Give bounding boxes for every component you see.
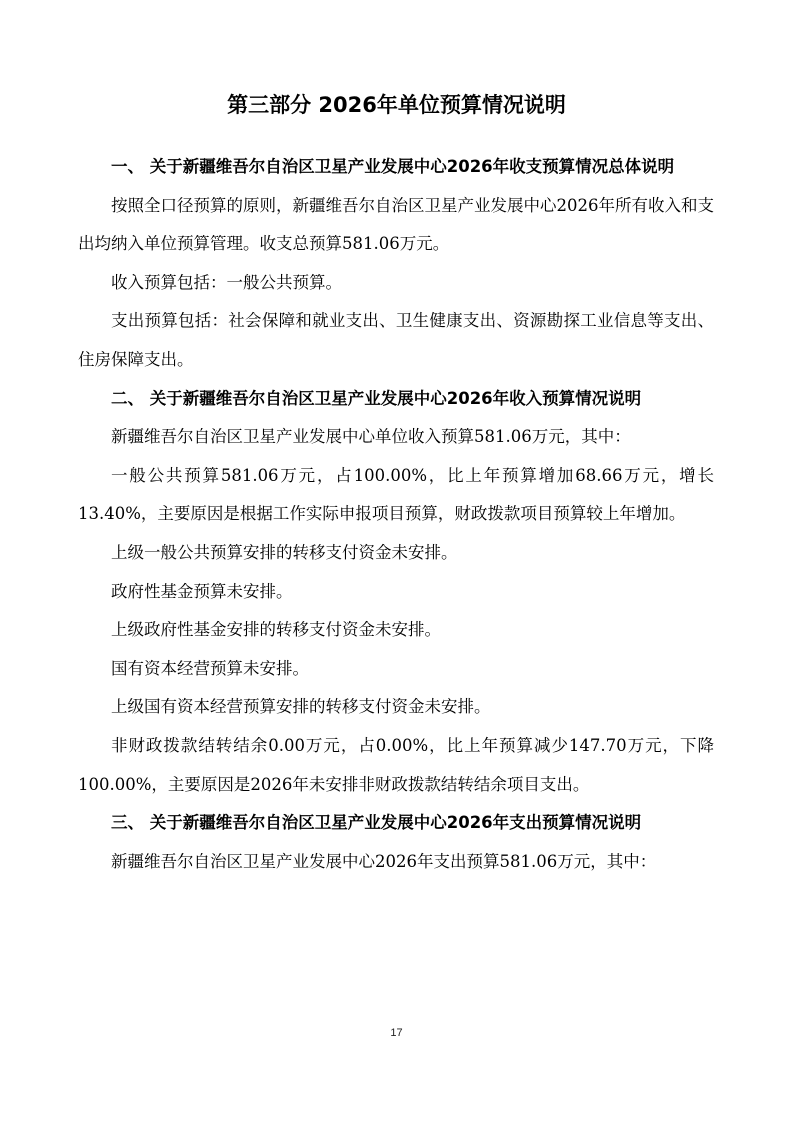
paragraph: 上级国有资本经营预算安排的转移支付资金未安排。 xyxy=(78,688,714,727)
page-title: 第三部分 2026年单位预算情况说明 xyxy=(0,90,793,120)
document-body: 一、 关于新疆维吾尔自治区卫星产业发展中心2026年收支预算情况总体说明 按照全… xyxy=(78,148,714,881)
paragraph: 按照全口径预算的原则，新疆维吾尔自治区卫星产业发展中心2026年所有收入和支出均… xyxy=(78,187,714,264)
section-heading-1: 一、 关于新疆维吾尔自治区卫星产业发展中心2026年收支预算情况总体说明 xyxy=(78,148,714,187)
paragraph: 收入预算包括：一般公共预算。 xyxy=(78,264,714,303)
paragraph: 上级政府性基金安排的转移支付资金未安排。 xyxy=(78,611,714,650)
page-number: 17 xyxy=(0,1027,793,1039)
paragraph: 新疆维吾尔自治区卫星产业发展中心单位收入预算581.06万元，其中： xyxy=(78,418,714,457)
paragraph: 支出预算包括：社会保障和就业支出、卫生健康支出、资源勘探工业信息等支出、住房保障… xyxy=(78,302,714,379)
document-page: 第三部分 2026年单位预算情况说明 一、 关于新疆维吾尔自治区卫星产业发展中心… xyxy=(0,0,793,1122)
section-heading-3: 三、 关于新疆维吾尔自治区卫星产业发展中心2026年支出预算情况说明 xyxy=(78,804,714,843)
paragraph: 政府性基金预算未安排。 xyxy=(78,573,714,612)
paragraph: 非财政拨款结转结余0.00万元，占0.00%，比上年预算减少147.70万元，下… xyxy=(78,727,714,804)
paragraph: 上级一般公共预算安排的转移支付资金未安排。 xyxy=(78,534,714,573)
section-heading-2: 二、 关于新疆维吾尔自治区卫星产业发展中心2026年收入预算情况说明 xyxy=(78,380,714,419)
paragraph: 国有资本经营预算未安排。 xyxy=(78,650,714,689)
paragraph: 一般公共预算581.06万元，占100.00%，比上年预算增加68.66万元，增… xyxy=(78,457,714,534)
paragraph: 新疆维吾尔自治区卫星产业发展中心2026年支出预算581.06万元，其中： xyxy=(78,843,714,882)
